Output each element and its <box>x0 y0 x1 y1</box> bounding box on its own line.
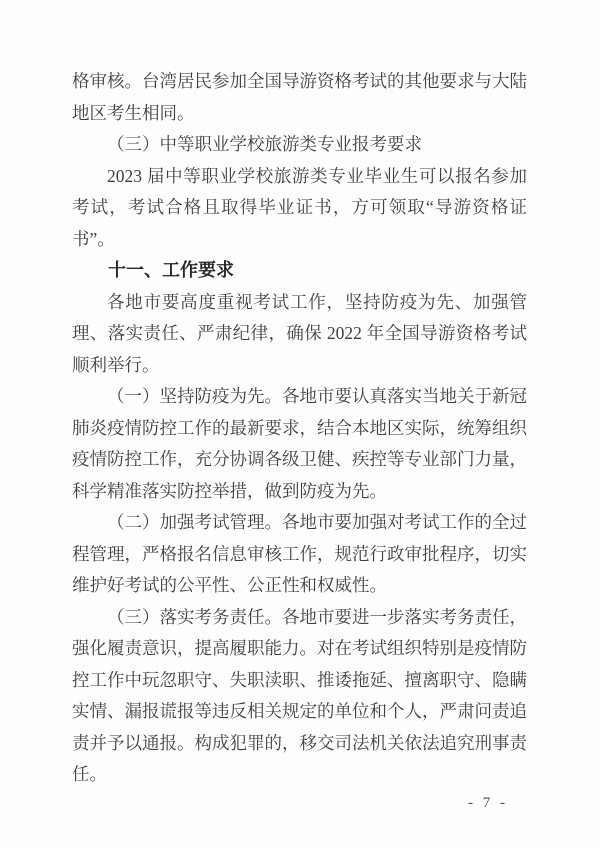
page-number: - 7 - <box>468 795 508 812</box>
paragraph: （三）落实考务责任。各地市要进一步落实考务责任，强化履责意识，提高履职能力。对在… <box>72 602 527 791</box>
document-page: 格审核。台湾居民参加全国导游资格考试的其他要求与大陆地区考生相同。（三）中等职业… <box>0 0 600 848</box>
paragraph: 2023 届中等职业学校旅游类专业毕业生可以报名参加考试，考试合格且取得毕业证书… <box>72 161 527 256</box>
paragraph: （三）中等职业学校旅游类专业报考要求 <box>72 129 527 161</box>
paragraph: （一）坚持防疫为先。各地市要认真落实当地关于新冠肺炎疫情防控工作的最新要求，结合… <box>72 381 527 507</box>
document-body: 格审核。台湾居民参加全国导游资格考试的其他要求与大陆地区考生相同。（三）中等职业… <box>72 66 527 791</box>
paragraph: 格审核。台湾居民参加全国导游资格考试的其他要求与大陆地区考生相同。 <box>72 66 527 129</box>
section-heading: 十一、工作要求 <box>72 255 527 287</box>
paragraph: 各地市要高度重视考试工作，坚持防疫为先、加强管理、落实责任、严肃纪律，确保 20… <box>72 287 527 382</box>
paragraph: （二）加强考试管理。各地市要加强对考试工作的全过程管理，严格报名信息审核工作，规… <box>72 507 527 602</box>
